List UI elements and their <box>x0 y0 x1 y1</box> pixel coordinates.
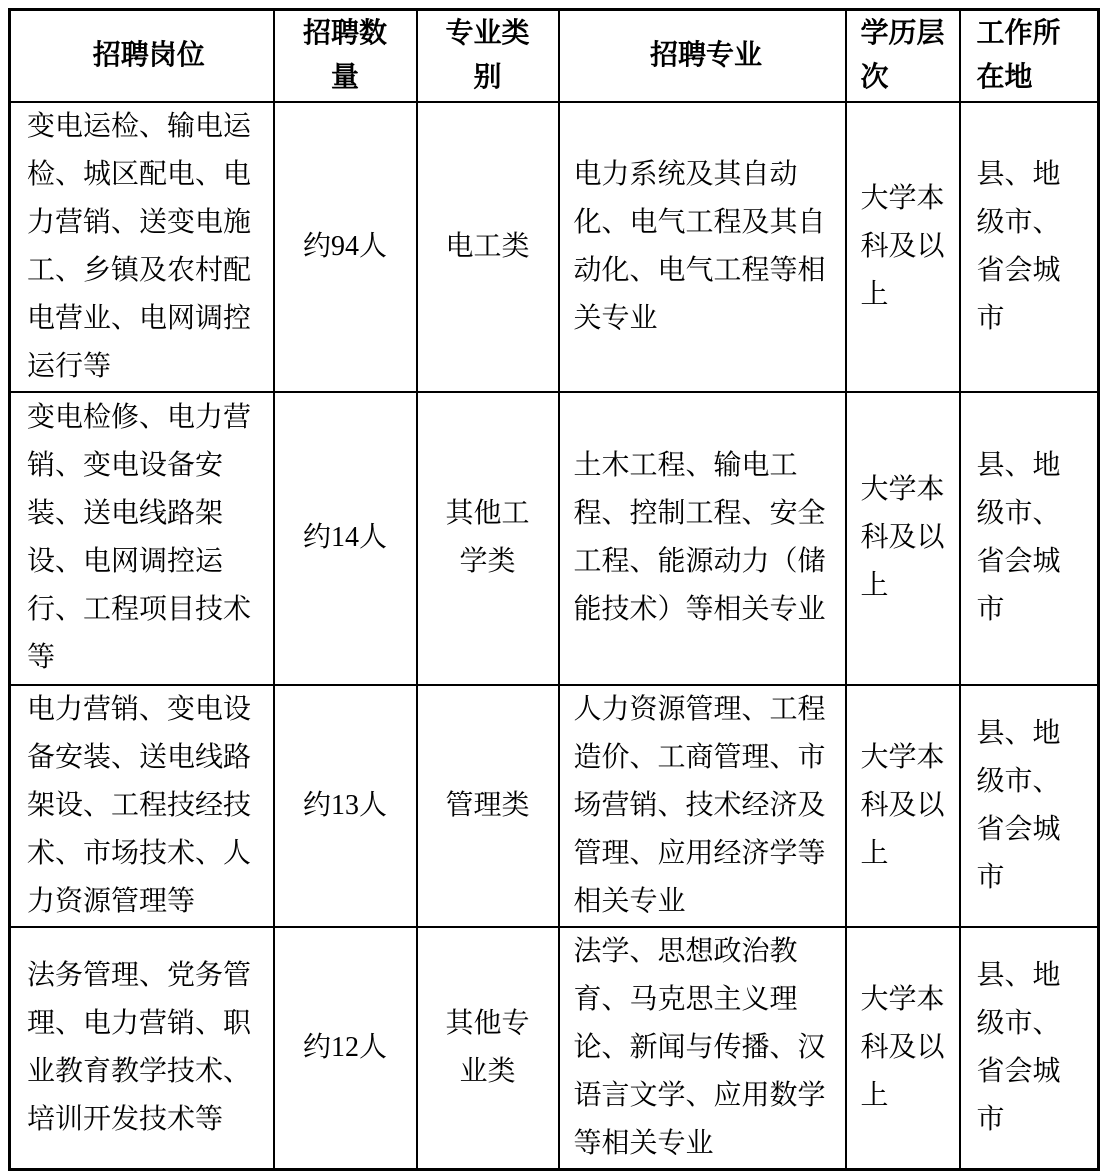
table-row: 电力营销、变电设备安装、送电线路架设、工程技经技术、市场技术、人力资源管理等 约… <box>10 685 1099 927</box>
cell-position: 变电检修、电力营销、变电设备安装、送电线路架设、电网调控运行、工程项目技术等 <box>10 392 274 685</box>
cell-count: 约13人 <box>274 685 417 927</box>
cell-location: 县、地级市、省会城市 <box>960 685 1099 927</box>
cell-majors: 法学、思想政治教育、马克思主义理论、新闻与传播、汉语言文学、应用数学等相关专业 <box>559 927 846 1170</box>
header-location: 工作所在地 <box>960 10 1099 102</box>
cell-education: 大学本科及以上 <box>846 392 960 685</box>
cell-location: 县、地级市、省会城市 <box>960 927 1099 1170</box>
cell-category: 其他专业类 <box>417 927 559 1170</box>
header-majors: 招聘专业 <box>559 10 846 102</box>
cell-position: 电力营销、变电设备安装、送电线路架设、工程技经技术、市场技术、人力资源管理等 <box>10 685 274 927</box>
cell-category: 管理类 <box>417 685 559 927</box>
cell-majors: 土木工程、输电工程、控制工程、安全工程、能源动力（储能技术）等相关专业 <box>559 392 846 685</box>
cell-education: 大学本科及以上 <box>846 927 960 1170</box>
cell-majors: 电力系统及其自动化、电气工程及其自动化、电气工程等相关专业 <box>559 102 846 392</box>
header-category: 专业类别 <box>417 10 559 102</box>
cell-location: 县、地级市、省会城市 <box>960 392 1099 685</box>
cell-majors: 人力资源管理、工程造价、工商管理、市场营销、技术经济及管理、应用经济学等相关专业 <box>559 685 846 927</box>
table-row: 变电运检、输电运检、城区配电、电力营销、送变电施工、乡镇及农村配电营业、电网调控… <box>10 102 1099 392</box>
header-row: 招聘岗位 招聘数量 专业类别 招聘专业 学历层次 工作所在地 <box>10 10 1099 102</box>
table-row: 变电检修、电力营销、变电设备安装、送电线路架设、电网调控运行、工程项目技术等 约… <box>10 392 1099 685</box>
header-count: 招聘数量 <box>274 10 417 102</box>
cell-education: 大学本科及以上 <box>846 685 960 927</box>
header-education: 学历层次 <box>846 10 960 102</box>
cell-location: 县、地级市、省会城市 <box>960 102 1099 392</box>
table-row: 法务管理、党务管理、电力营销、职业教育教学技术、培训开发技术等 约12人 其他专… <box>10 927 1099 1170</box>
cell-category: 其他工学类 <box>417 392 559 685</box>
header-position: 招聘岗位 <box>10 10 274 102</box>
cell-count: 约12人 <box>274 927 417 1170</box>
recruitment-table: 招聘岗位 招聘数量 专业类别 招聘专业 学历层次 工作所在地 变电运检、输电运检… <box>8 8 1100 1171</box>
cell-position: 法务管理、党务管理、电力营销、职业教育教学技术、培训开发技术等 <box>10 927 274 1170</box>
cell-count: 约14人 <box>274 392 417 685</box>
document-page: 招聘岗位 招聘数量 专业类别 招聘专业 学历层次 工作所在地 变电运检、输电运检… <box>0 0 1105 1171</box>
cell-education: 大学本科及以上 <box>846 102 960 392</box>
cell-position: 变电运检、输电运检、城区配电、电力营销、送变电施工、乡镇及农村配电营业、电网调控… <box>10 102 274 392</box>
cell-category: 电工类 <box>417 102 559 392</box>
cell-count: 约94人 <box>274 102 417 392</box>
